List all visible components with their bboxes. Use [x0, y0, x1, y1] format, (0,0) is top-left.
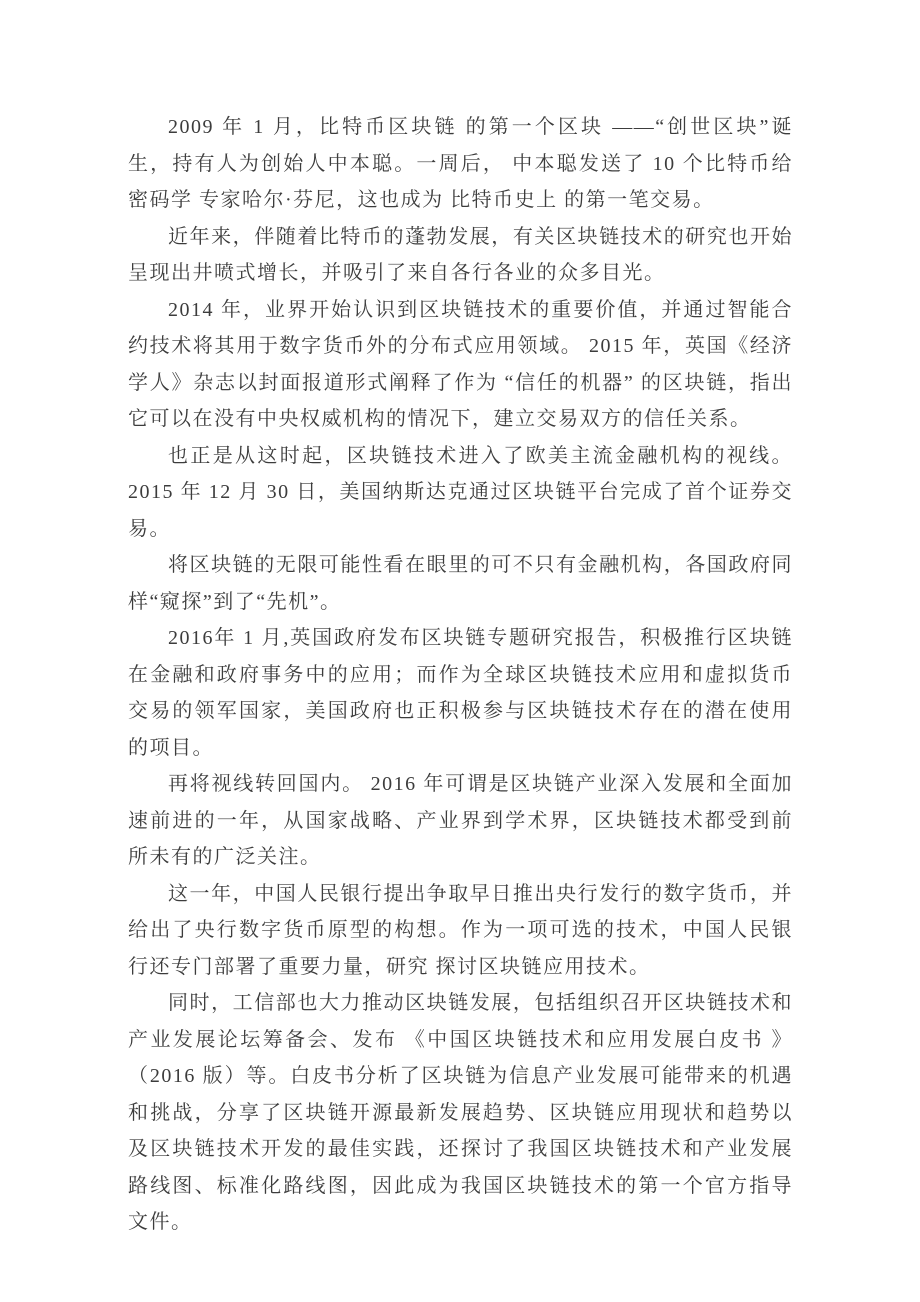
paragraph: 2014 年，业界开始认识到区块链技术的重要价值，并通过智能合约技术将其用于数字… — [128, 292, 793, 438]
document-page: 2009 年 1 月，比特币区块链 的第一个区块 ——“创世区块”诞生，持有人为… — [0, 0, 920, 1302]
paragraph: 也正是从这时起，区块链技术进入了欧美主流金融机构的视线。 2015 年 12 月… — [128, 438, 793, 548]
paragraph: 近年来，伴随着比特币的蓬勃发展，有关区块链技术的研究也开始呈现出井喷式增长，并吸… — [128, 219, 793, 292]
paragraph: 这一年，中国人民银行提出争取早日推出央行发行的数字货币，并给出了央行数字货币原型… — [128, 876, 793, 986]
paragraph: 再将视线转回国内。 2016 年可谓是区块链产业深入发展和全面加速前进的一年，从… — [128, 766, 793, 876]
paragraph: 2009 年 1 月，比特币区块链 的第一个区块 ——“创世区块”诞生，持有人为… — [128, 109, 793, 219]
document-text-block: 2009 年 1 月，比特币区块链 的第一个区块 ——“创世区块”诞生，持有人为… — [128, 109, 793, 1241]
paragraph: 同时，工信部也大力推动区块链发展，包括组织召开区块链技术和产业发展论坛筹备会、发… — [128, 985, 793, 1241]
paragraph: 将区块链的无限可能性看在眼里的可不只有金融机构，各国政府同样“窥探”到了“先机”… — [128, 547, 793, 620]
paragraph: 2016年 1 月,英国政府发布区块链专题研究报告，积极推行区块链在金融和政府事… — [128, 620, 793, 766]
